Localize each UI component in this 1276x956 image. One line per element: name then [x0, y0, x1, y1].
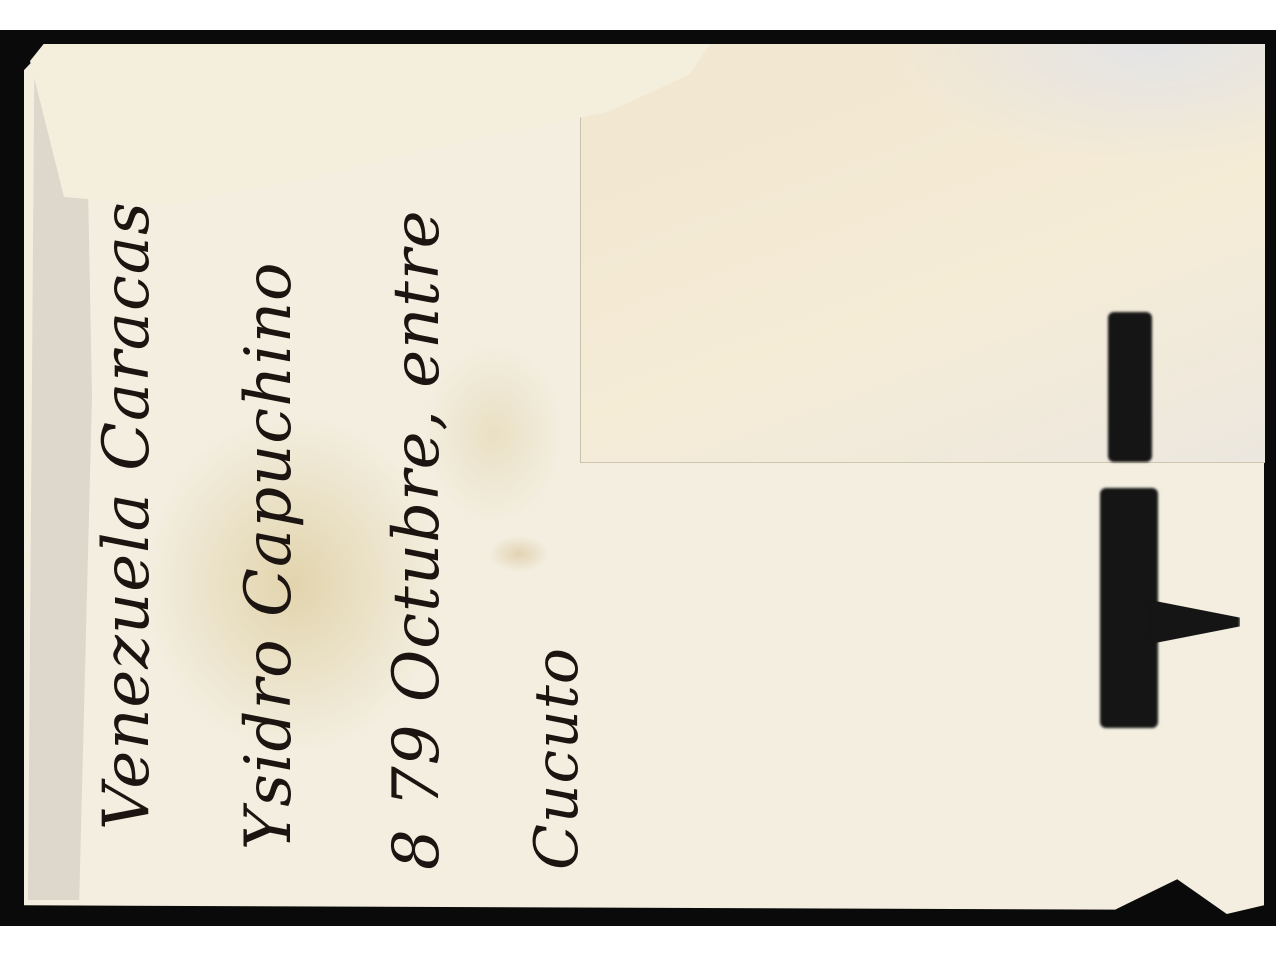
handwritten-line-2: Ysidro Capuchino [232, 261, 306, 850]
handwritten-line-3: 8 79 Octubre, entre [380, 210, 454, 871]
handwritten-line-4: Cucuto [522, 647, 592, 870]
handwritten-line-1: Venezuela Caracas [90, 201, 164, 830]
paper-folded-flap [580, 44, 1265, 463]
ink-cancellation-lower-mark [1100, 488, 1158, 728]
ink-cancellation-upper-mark [1108, 312, 1152, 462]
